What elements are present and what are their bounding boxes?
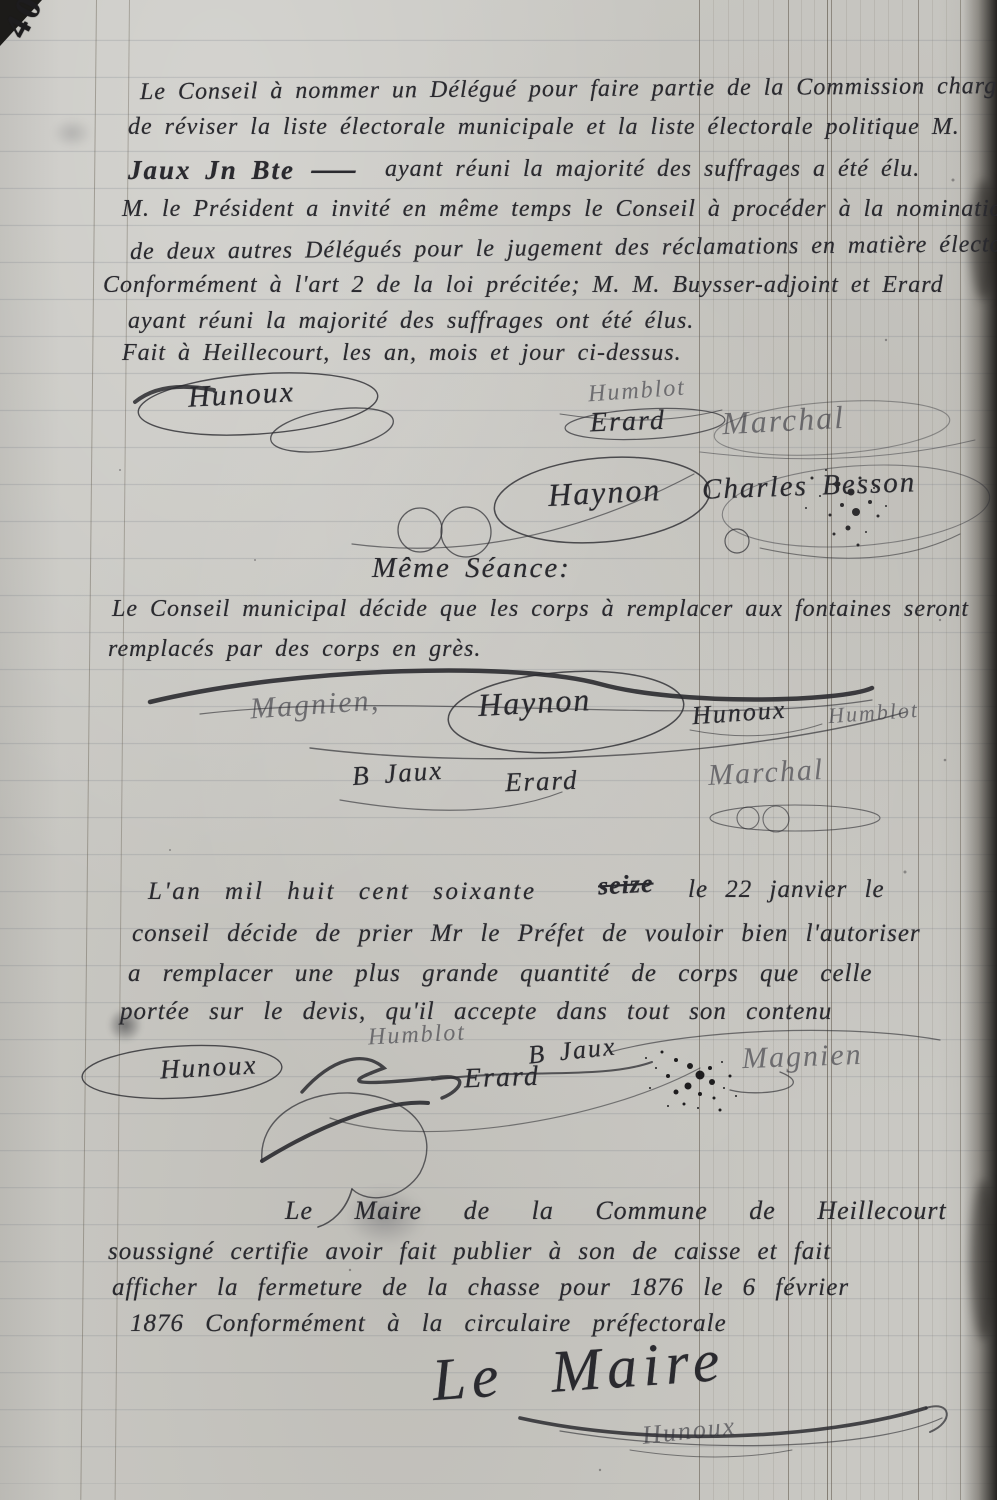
manuscript-line: le 22 janvier le [688,876,885,904]
signature-hunoux: Hunoux [187,375,296,415]
column-line-faint [874,0,875,1500]
manuscript-line: conseil décide de prier Mr le Préfet de … [132,920,921,948]
section-heading: Même Séance: [372,552,571,585]
manuscript-line: afficher la fermeture de la chasse pour … [112,1274,849,1302]
signature-haynon: Haynon [477,681,592,724]
signature-bjaux: B Jaux [351,755,444,792]
manuscript-line: ayant réuni la majorité des suffrages a … [385,156,920,183]
column-line-faint [888,0,889,1500]
manuscript-line: Le Maire de la Commune de Heillecourt [285,1196,947,1226]
manuscript-line: portée sur le devis, qu'il accepte dans … [120,998,832,1026]
signature-erard: Erard [504,765,579,799]
manuscript-line: Le Conseil municipal décide que les corp… [112,596,969,623]
signature-haynon: Haynon [547,471,662,514]
manuscript-line: M. le Président a invité en même temps l… [122,196,997,223]
signature-hunoux: Hunoux [159,1049,258,1085]
manuscript-line: L'an mil huit cent soixante [148,878,537,906]
manuscript-line: de réviser la liste électorale municipal… [128,114,960,141]
page-edge-blotch [971,1180,997,1340]
signature-erard: Erard [589,405,666,440]
manuscript-line: Fait à Heillecourt, les an, mois et jour… [122,340,682,367]
signature-magnien: Magnien [741,1038,863,1076]
manuscript-line: Jaux Jn Bte ⸺ [128,148,356,187]
column-line-faint [860,0,861,1500]
manuscript-line: ayant réuni la majorité des suffrages on… [128,308,694,335]
column-line-faint [902,0,903,1500]
column-line-faint [932,0,933,1500]
manuscript-line: remplacés par des corps en grès. [108,636,481,663]
struck-word: seize [597,869,654,902]
manuscript-line: soussigné certifie avoir fait publier à … [108,1238,831,1266]
signature-marchal: Marchal [707,753,825,793]
column-line-faint [946,0,947,1500]
column-line [960,0,961,1500]
manuscript-line: Conformément à l'art 2 de la loi précité… [103,272,944,299]
column-line [918,0,919,1500]
register-page: 40 [0,0,997,1500]
signature-marchal: Marchal [721,399,846,442]
signature-humblot: Humblot [367,1019,466,1051]
manuscript-line: a remplacer une plus grande quantité de … [128,960,873,988]
signature-erard: Erard [463,1061,540,1096]
